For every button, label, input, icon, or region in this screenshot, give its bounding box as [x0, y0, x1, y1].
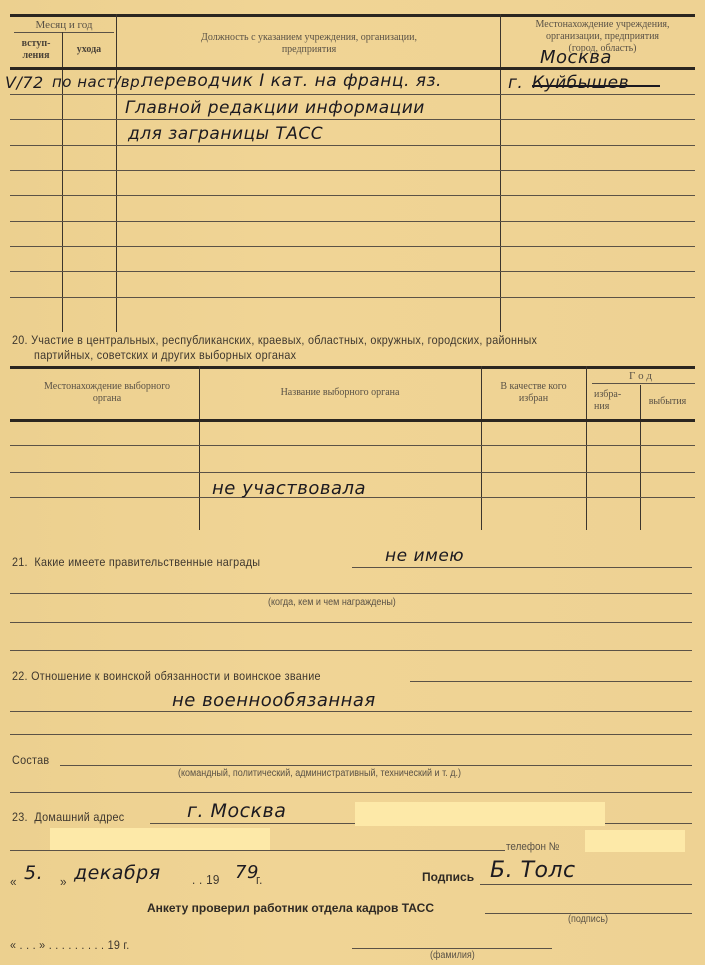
row-line: [10, 472, 695, 473]
row-line: [10, 119, 695, 120]
table-top-border: [10, 14, 695, 17]
signature-caption: (подпись): [568, 914, 608, 925]
year-prefix: . . 19: [192, 872, 220, 887]
position-line-2: Главной редакции информации: [125, 98, 425, 118]
answer-line: [10, 622, 692, 623]
divider: [14, 32, 114, 33]
row-line: [10, 195, 695, 196]
phone-label: телефон №: [506, 841, 559, 853]
redaction: [585, 830, 685, 852]
signature-label: Подпись: [422, 870, 474, 884]
year-unit: г.: [256, 872, 263, 887]
position-line-1: переводчик I кат. на франц. яз.: [142, 71, 442, 91]
answer-line: [10, 792, 692, 793]
row-line: [10, 271, 695, 272]
location-prefix: г.: [508, 73, 523, 93]
date-open-quote: «: [10, 874, 17, 889]
header-organ-location: Местонахождение выборного органа: [14, 381, 200, 405]
signature: Б. Толс: [490, 858, 576, 883]
answer-line: [10, 650, 692, 651]
composition-label: Состав: [12, 753, 49, 767]
blank-date: « . . . » . . . . . . . . . 19 г.: [10, 938, 130, 952]
answer-line: [410, 681, 692, 682]
section20-title-line1: 20. Участие в центральных, республиканск…: [12, 333, 537, 347]
column-divider: [500, 14, 501, 332]
section20-answer: не участвовала: [212, 478, 366, 499]
section22-answer: не военнообязанная: [172, 690, 376, 711]
header-entry: вступ- ления: [10, 38, 62, 62]
row-line: [10, 246, 695, 247]
row-line: [10, 297, 695, 298]
section20-title-line2: партийных, советских и других выборных о…: [34, 348, 296, 362]
column-divider: [481, 366, 482, 530]
header-exit: ухода: [62, 44, 116, 56]
row-line: [10, 170, 695, 171]
answer-line: [352, 567, 692, 568]
column-divider: [640, 385, 641, 530]
redaction: [50, 828, 270, 850]
exit-date: по наст/вр.: [52, 73, 145, 91]
section21-label: 21. Какие имеете правительственные награ…: [12, 555, 260, 569]
section21-caption: (когда, кем и чем награждены): [268, 597, 396, 608]
column-divider: [586, 366, 587, 530]
surname-line: [352, 948, 552, 949]
strikethrough: [532, 85, 660, 87]
signature-line: [480, 884, 692, 885]
answer-line: [10, 593, 692, 594]
composition-caption: (командный, политический, административн…: [178, 768, 461, 779]
answer-line: [60, 765, 692, 766]
section23-label: 23. Домашний адрес: [12, 810, 124, 824]
date-month: декабря: [74, 862, 161, 884]
header-elected: избра- ния: [586, 389, 634, 413]
header-organ-name: Название выборного органа: [200, 387, 480, 399]
checked-by-label: Анкету проверил работник отдела кадров Т…: [147, 901, 434, 915]
section21-answer: не имею: [385, 546, 464, 566]
entry-date: V/72: [5, 73, 44, 92]
questionnaire-page: Месяц и год вступ- ления ухода Должность…: [0, 0, 705, 965]
answer-line: [10, 850, 505, 851]
header-position: Должность с указанием учреждения, органи…: [118, 32, 500, 56]
header-bottom-border: [10, 419, 695, 422]
row-line: [10, 221, 695, 222]
row-line: [10, 145, 695, 146]
header-year: Г о д: [588, 370, 693, 382]
row-line: [10, 94, 695, 95]
section22-label: 22. Отношение к воинской обязанности и в…: [12, 669, 321, 683]
position-line-3: для заграницы ТАСС: [128, 124, 323, 144]
row-line: [10, 445, 695, 446]
section23-answer: г. Москва: [187, 800, 286, 822]
header-left: выбытия: [640, 396, 695, 408]
location-struck: Куйбышев: [532, 73, 629, 93]
answer-line: [10, 734, 692, 735]
date-day: 5.: [24, 862, 43, 884]
table-top-border: [10, 366, 695, 369]
divider: [592, 383, 695, 384]
header-month-year: Месяц и год: [14, 19, 114, 31]
column-divider: [199, 366, 200, 530]
header-as-whom: В качестве кого избран: [481, 381, 586, 405]
location-correction: Москва: [540, 47, 612, 68]
column-divider: [116, 14, 117, 332]
redaction: [355, 802, 605, 826]
date-close-quote: »: [60, 874, 67, 889]
answer-line: [10, 711, 692, 712]
surname-caption: (фамилия): [430, 950, 475, 961]
